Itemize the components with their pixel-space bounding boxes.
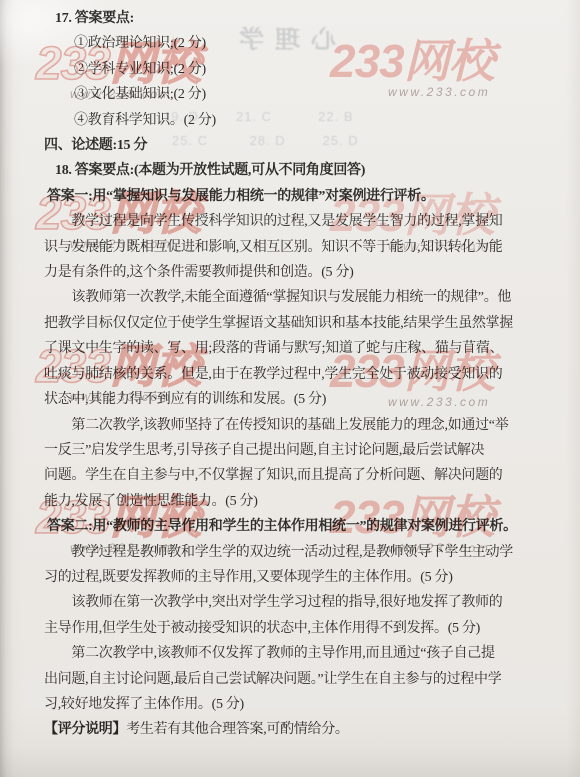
- question-17-heading: 17. 答案要点:: [44, 6, 549, 31]
- answer-key-item: ②学科专业知识;(2 分): [74, 57, 549, 82]
- question-18-heading: 18. 答案要点:(本题为开放性试题,可从不同角度回答): [44, 158, 549, 183]
- answer-2-heading: 答案二:用“教师的主导作用和学生的主体作用相统一”的规律对案例进行评析。: [44, 514, 549, 539]
- answer-1-text-line: 第二次教学,该教师坚持了在传授知识的基础上发展能力的理念,如通过“举: [44, 413, 549, 438]
- answer-1-heading: 答案一:用“掌握知识与发展能力相统一的规律”对案例进行评析。: [44, 184, 549, 209]
- section-4-heading: 四、论述题:15 分: [44, 133, 549, 158]
- answer-key-item: ①政治理论知识;(2 分): [74, 31, 549, 56]
- scoring-note-text: 考生若有其他合理答案,可酌情给分。: [126, 722, 348, 737]
- answer-1-text-line: 该教师第一次教学,未能全面遵循“掌握知识与发展能力相统一的规律”。他: [44, 285, 549, 310]
- question-17-items: ①政治理论知识;(2 分)②学科专业知识;(2 分)③文化基础知识;(2 分)④…: [44, 31, 549, 133]
- answer-2-body: 教学过程是教师教和学生学的双边统一活动过程,是教师领导下学生主动学习的过程,既要…: [44, 540, 549, 718]
- answer-1-text-line: 能力,发展了创造性思维能力。(5 分): [44, 489, 549, 514]
- answer-1-text-line: 吐痰与肺结核的关系。但是,由于在教学过程中,学生完全处于被动接受知识的: [44, 362, 549, 387]
- answer-2-text-line: 该教师在第一次教学中,突出对学生学习过程的指导,很好地发挥了教师的: [44, 590, 549, 615]
- answer-2-text-line: 习的过程,既要发挥教师的主导作用,又要体现学生的主体作用。(5 分): [44, 565, 549, 590]
- answer-1-text-line: 把教学目标仅仅定位于使学生掌握语文基础知识和基本技能,结果学生虽然掌握: [44, 311, 549, 336]
- answer-2-text-line: 出问题,自主讨论问题,最后自己尝试解决问题。”让学生在自主参与的过程中学: [44, 667, 549, 692]
- document-body: 17. 答案要点: ①政治理论知识;(2 分)②学科专业知识;(2 分)③文化基…: [44, 6, 549, 743]
- answer-1-text-line: 识与发展能力既相互促进和影响,又相互区别。知识不等于能力,知识转化为能: [44, 235, 549, 260]
- scoring-note: 【评分说明】考生若有其他合理答案,可酌情给分。: [44, 717, 549, 742]
- answer-1-text-line: 力是有条件的,这个条件需要教师提供和创造。(5 分): [44, 260, 549, 285]
- answer-1-text-line: 状态中,其能力得不到应有的训练和发展。(5 分): [44, 387, 549, 412]
- answer-2-text-line: 教学过程是教师教和学生学的双边统一活动过程,是教师领导下学生主动学: [44, 540, 549, 565]
- scanned-exam-answer-page: 心理学 19. D 21. C 22. B 25. C 28. D 25. D …: [0, 0, 580, 777]
- answer-2-text-line: 主导作用,但学生处于被动接受知识的状态中,主体作用得不到发挥。(5 分): [44, 616, 549, 641]
- scoring-note-label: 【评分说明】: [44, 722, 126, 737]
- answer-key-item: ③文化基础知识;(2 分): [74, 82, 549, 107]
- answer-1-body: 教学过程是向学生传授科学知识的过程,又是发展学生智力的过程,掌握知识与发展能力既…: [44, 209, 549, 514]
- answer-2-text-line: 习,较好地发挥了主体作用。(5 分): [44, 692, 549, 717]
- answer-1-text-line: 了课文中生字的读、写、用;段落的背诵与默写;知道了蛇与庄稼、猫与苜蓿、: [44, 336, 549, 361]
- answer-1-text-line: 教学过程是向学生传授科学知识的过程,又是发展学生智力的过程,掌握知: [44, 209, 549, 234]
- answer-1-text-line: 一反三”启发学生思考,引导孩子自己提出问题,自主讨论问题,最后尝试解决: [44, 438, 549, 463]
- answer-1-text-line: 问题。学生在自主参与中,不仅掌握了知识,而且提高了分析问题、解决问题的: [44, 463, 549, 488]
- answer-2-text-line: 第二次教学中,该教师不仅发挥了教师的主导作用,而且通过“孩子自己提: [44, 641, 549, 666]
- answer-key-item: ④教育科学知识。(2 分): [74, 108, 549, 133]
